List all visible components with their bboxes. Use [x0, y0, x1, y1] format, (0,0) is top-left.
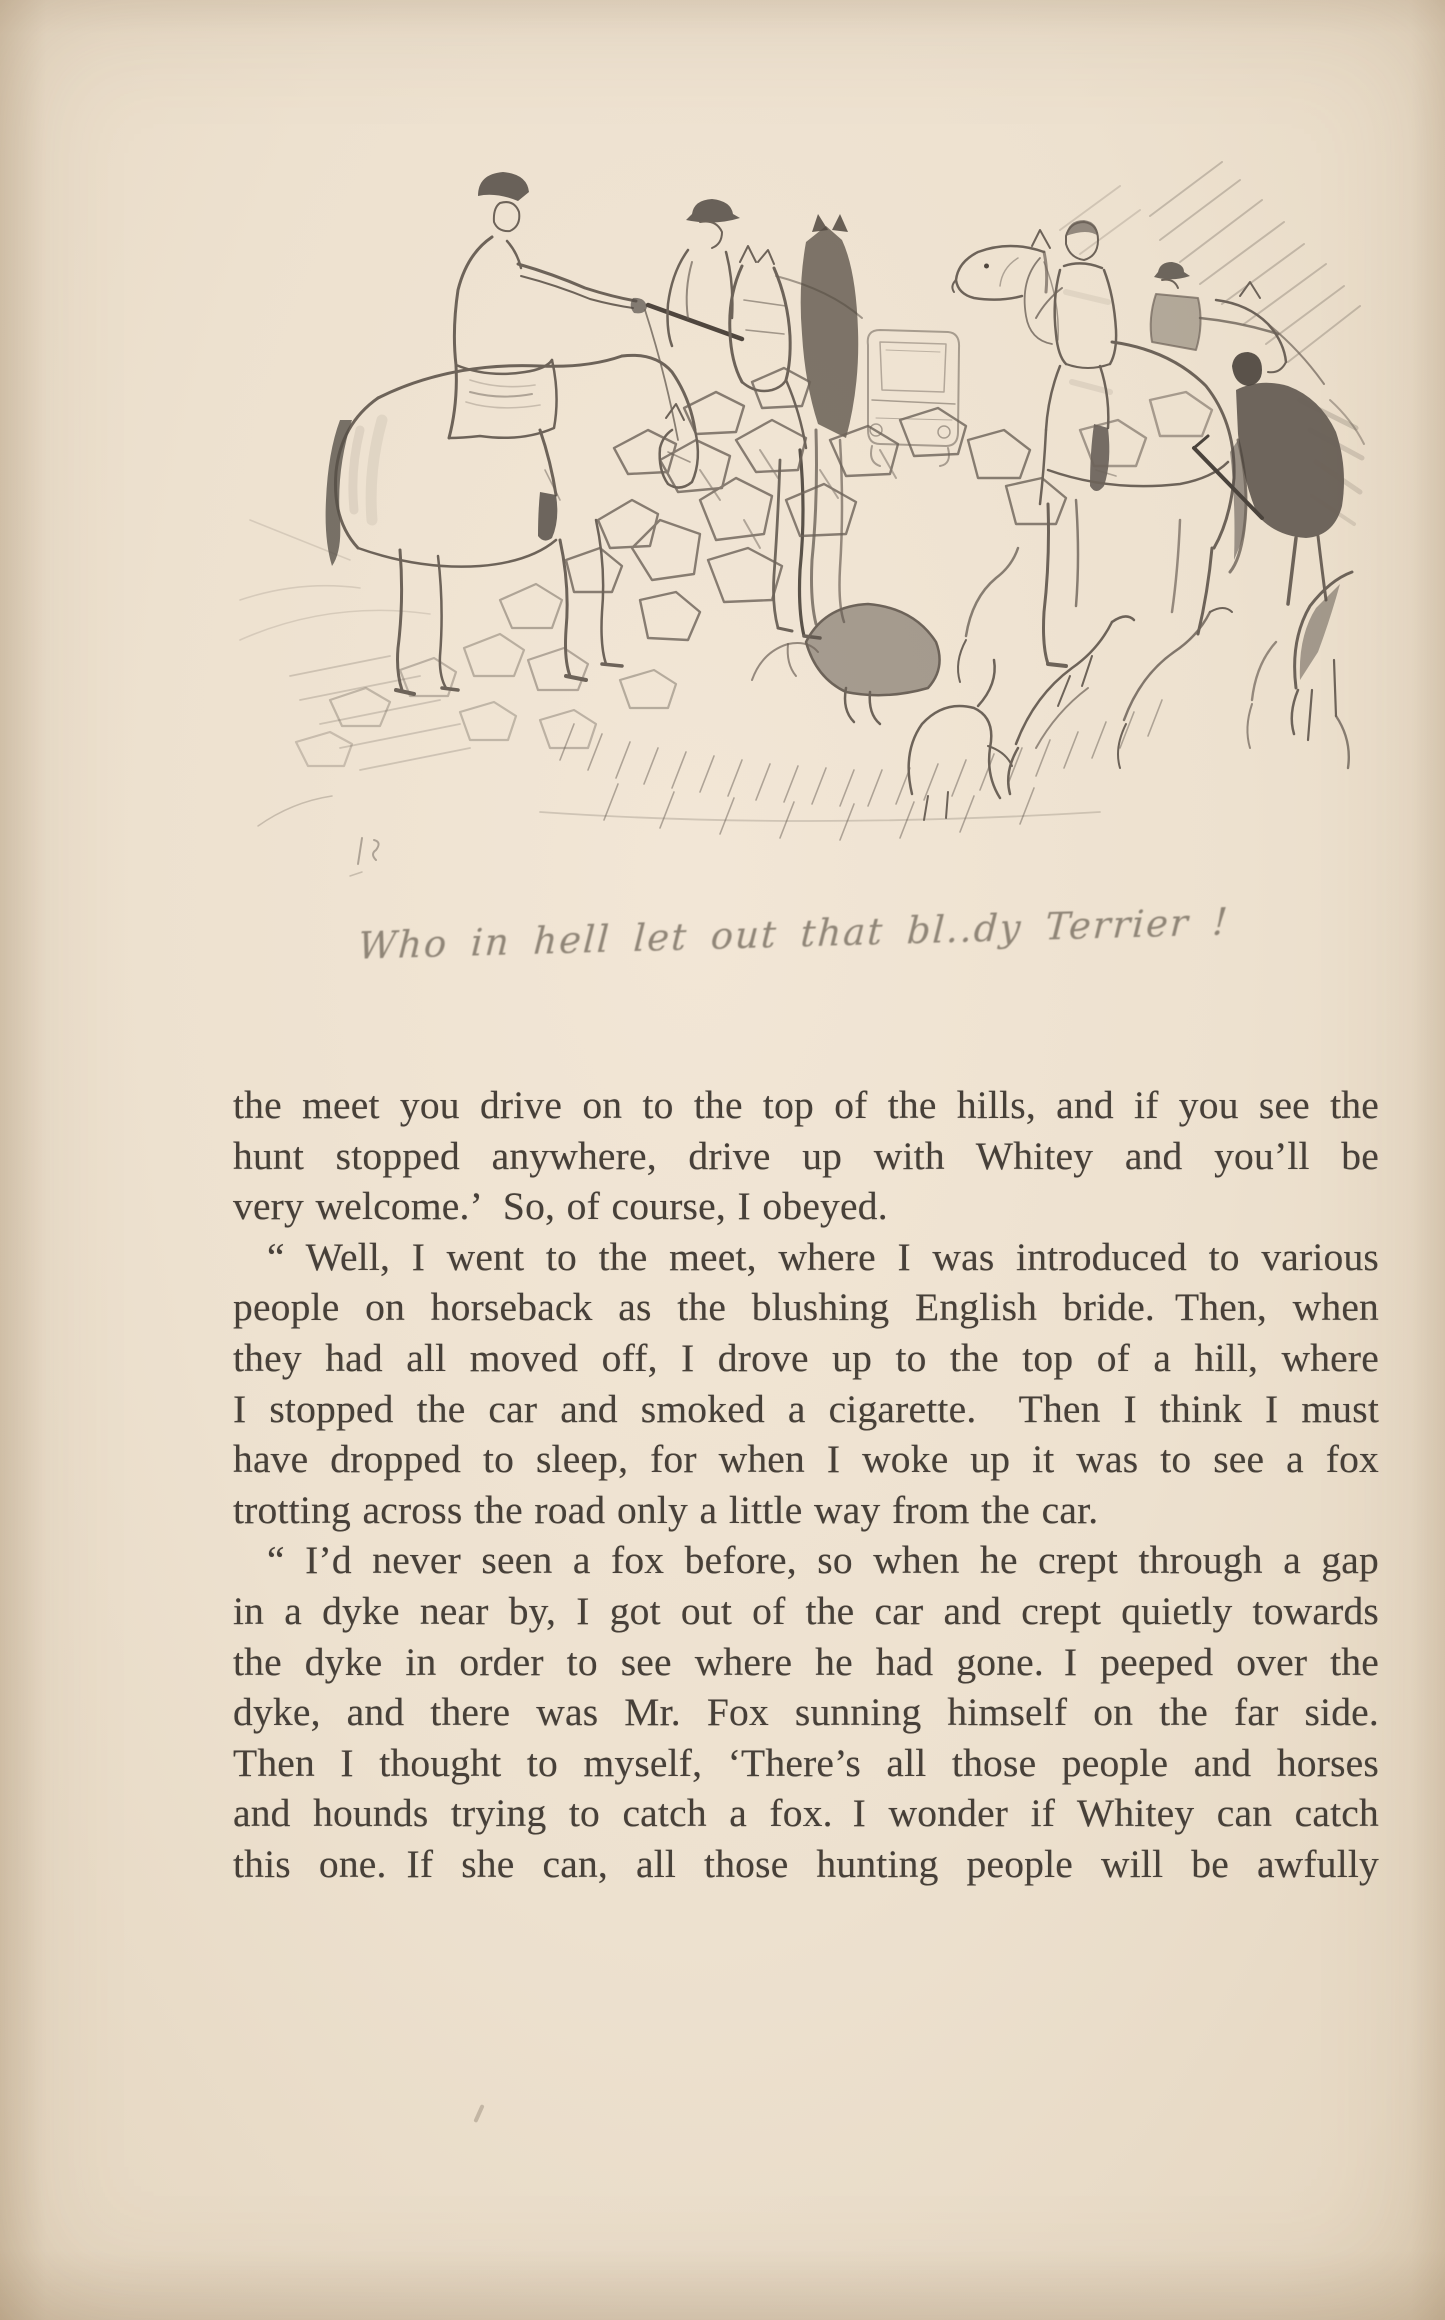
- text-line: this one. If she can, all those hunting …: [233, 1839, 1379, 1890]
- dark-horse: [801, 214, 859, 624]
- text-line: in a dyke near by, I got out of the car …: [233, 1586, 1379, 1637]
- paper-edge-shading-top: [0, 0, 1445, 34]
- background-hatching: [1060, 162, 1360, 362]
- text-line: dyke, and there was Mr. Fox sunning hims…: [233, 1687, 1379, 1738]
- pencil-slash-mark: [473, 2104, 484, 2123]
- paper-edge-shading-left: [0, 0, 46, 2320]
- text-line: “ Well, I went to the meet, where I was …: [233, 1232, 1379, 1283]
- hunting-scene-illustration: [230, 95, 1375, 895]
- text-line: they had all moved off, I drove up to th…: [233, 1333, 1379, 1384]
- car-sketch: [868, 330, 959, 466]
- text-line: Then I thought to myself, ‘There’s all t…: [233, 1738, 1379, 1789]
- left-rider-and-horse: [326, 172, 742, 694]
- text-line: hunt stopped anywhere, drive up with Whi…: [233, 1131, 1379, 1182]
- handwritten-annotation: Who in hell let out that bl..dy Terrier …: [357, 899, 1279, 968]
- text-line: “ I’d never seen a fox before, so when h…: [233, 1535, 1379, 1586]
- body-text: the meet you drive on to the top of the …: [233, 1080, 1379, 1890]
- hounds: [752, 548, 1352, 820]
- text-line: I stopped the car and smoked a cigarette…: [233, 1384, 1379, 1435]
- text-line: very welcome.’ So, of course, I obeyed.: [233, 1181, 1379, 1232]
- stone-cairn: [566, 368, 1212, 640]
- paper-edge-shading-right: [1411, 0, 1445, 2320]
- text-line: and hounds trying to catch a fox. I wond…: [233, 1788, 1379, 1839]
- text-line: the dyke in order to see where he had go…: [233, 1637, 1379, 1688]
- grass-strokes: [560, 700, 1162, 840]
- boy-rider-and-grey-horse: [952, 220, 1247, 666]
- dark-bending-figure: [1194, 352, 1362, 604]
- paper-edge-shading-bottom: [0, 2250, 1445, 2320]
- ground-strokes: [290, 656, 1100, 821]
- book-page: Who in hell let out that bl..dy Terrier …: [0, 0, 1445, 2320]
- text-line: trotting across the road only a little w…: [233, 1485, 1379, 1536]
- text-line: have dropped to sleep, for when I woke u…: [233, 1434, 1379, 1485]
- text-line: people on horseback as the blushing Engl…: [233, 1282, 1379, 1333]
- text-line: the meet you drive on to the top of the …: [233, 1080, 1379, 1131]
- artist-scribble-mark: [258, 796, 379, 876]
